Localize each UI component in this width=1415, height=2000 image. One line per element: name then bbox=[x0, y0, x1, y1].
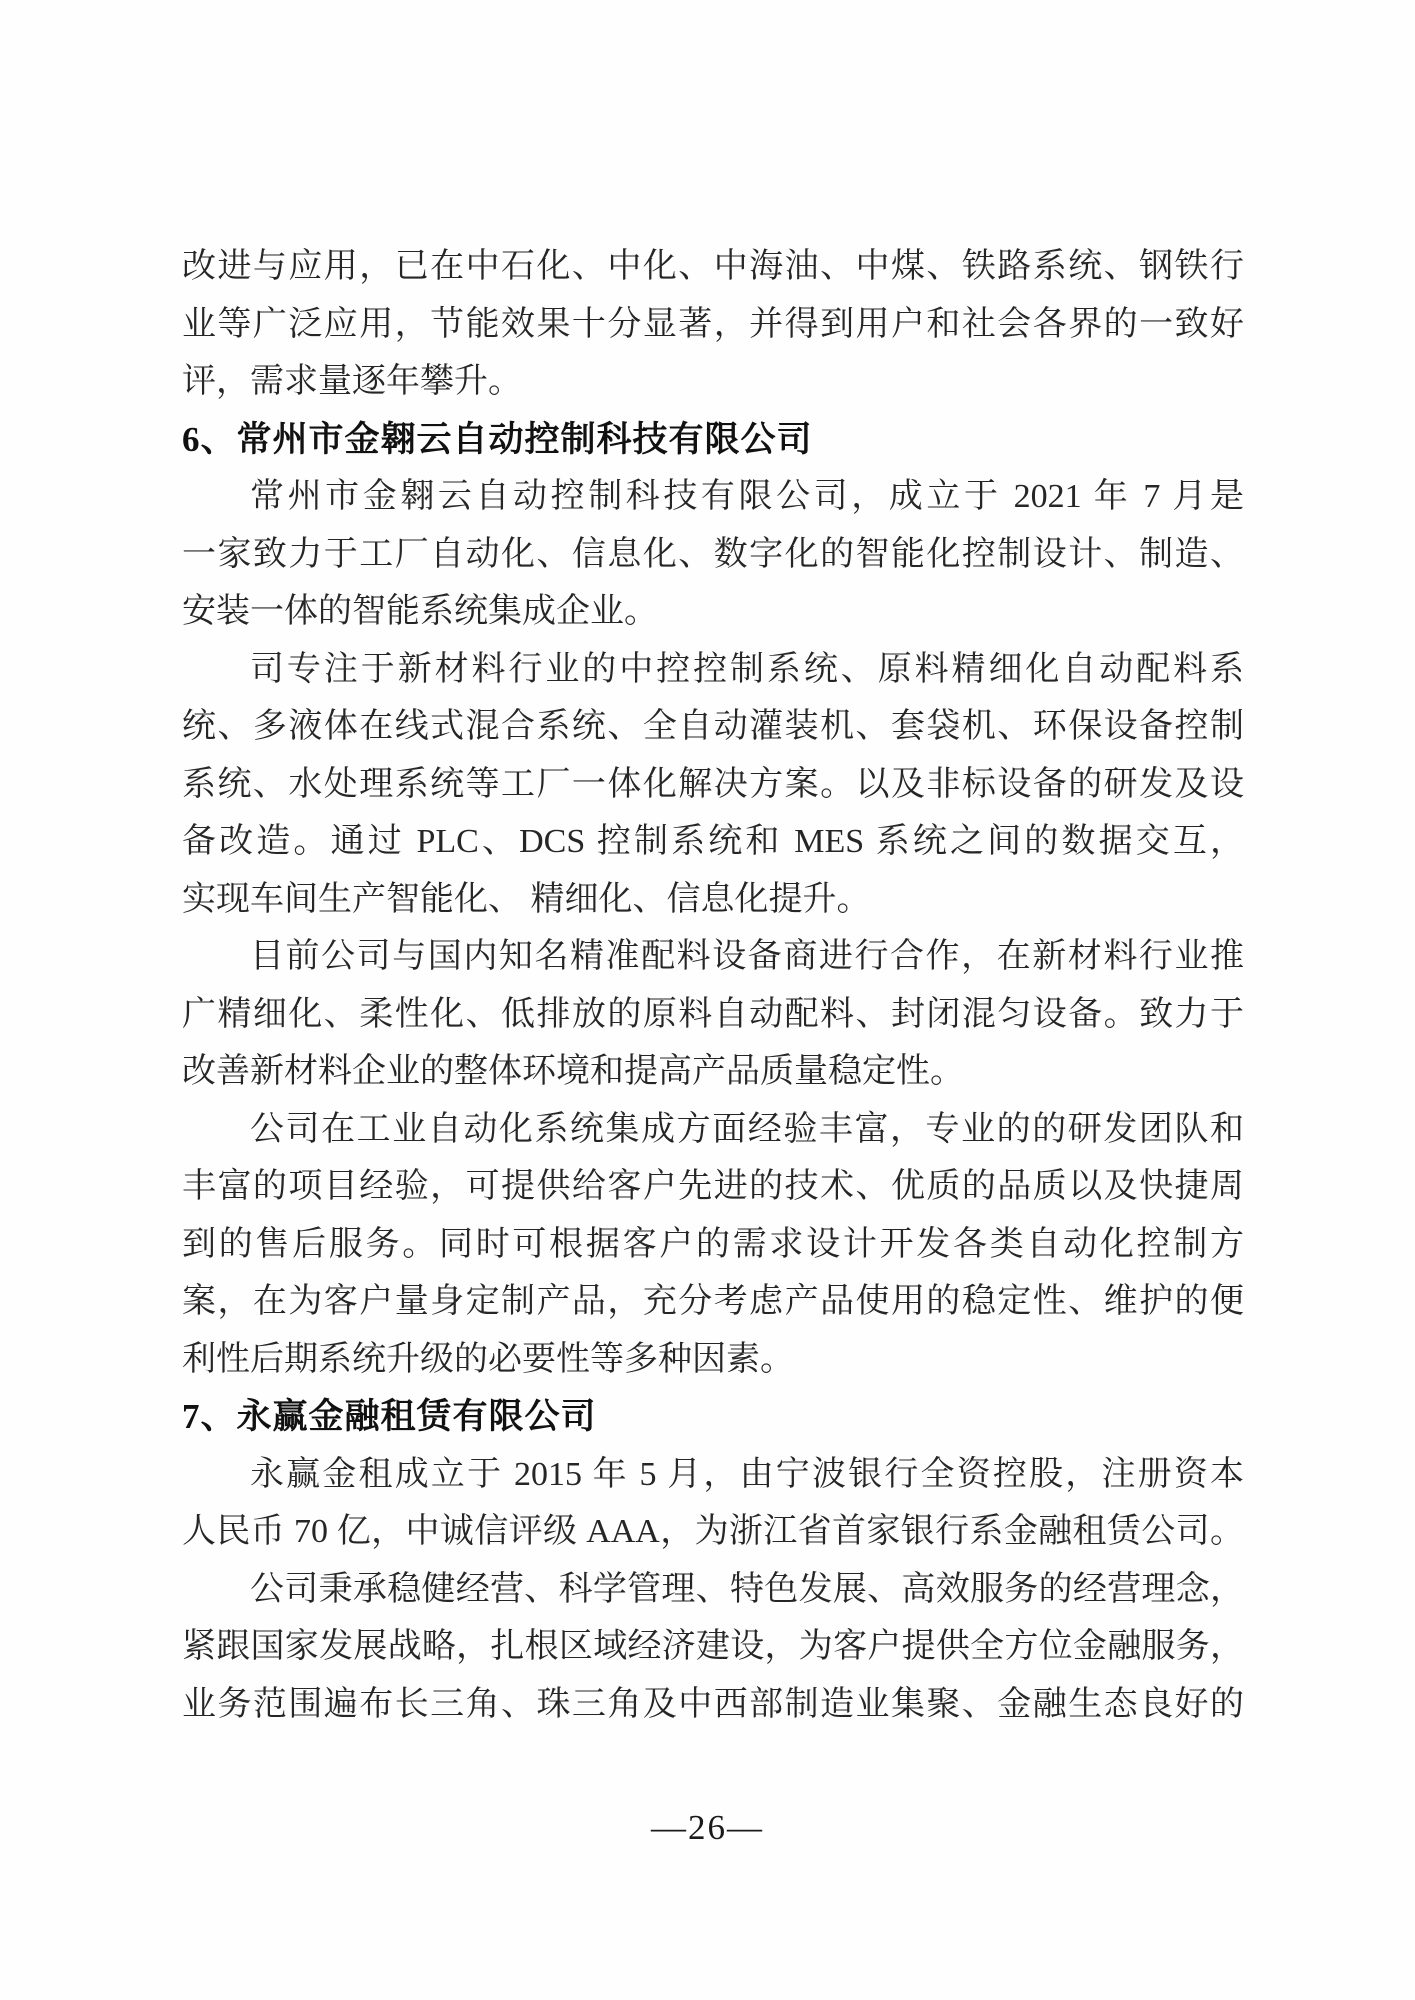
text-line: 系统、水处理系统等工厂一体化解决方案。以及非标设备的研发及设 bbox=[182, 756, 1244, 814]
text-line: 业等广泛应用，节能效果十分显著，并得到用户和社会各界的一致好 bbox=[182, 296, 1244, 354]
text-line: 公司秉承稳健经营、科学管理、特色发展、高效服务的经营理念， bbox=[182, 1561, 1244, 1619]
text-line: 评，需求量逐年攀升。 bbox=[182, 353, 1244, 411]
text-line: 紧跟国家发展战略，扎根区域经济建设，为客户提供全方位金融服务， bbox=[182, 1618, 1244, 1676]
paragraph: 改进与应用，已在中石化、中化、中海油、中煤、铁路系统、钢铁行业等广泛应用，节能效… bbox=[182, 238, 1244, 411]
text-line: 一家致力于工厂自动化、信息化、数字化的智能化控制设计、制造、 bbox=[182, 526, 1244, 584]
text-line: 常州市金翱云自动控制科技有限公司，成立于 2021 年 7 月是 bbox=[182, 468, 1244, 526]
text-line: 人民币 70 亿，中诚信评级 AAA，为浙江省首家银行系金融租赁公司。 bbox=[182, 1503, 1244, 1561]
paragraph: 公司秉承稳健经营、科学管理、特色发展、高效服务的经营理念，紧跟国家发展战略，扎根… bbox=[182, 1561, 1244, 1734]
text-line: 备改造。通过 PLC、DCS 控制系统和 MES 系统之间的数据交互， bbox=[182, 813, 1244, 871]
page-number: —26— bbox=[0, 1799, 1415, 1857]
text-line: 公司在工业自动化系统集成方面经验丰富，专业的的研发团队和 bbox=[182, 1101, 1244, 1159]
paragraph: 目前公司与国内知名精准配料设备商进行合作，在新材料行业推广精细化、柔性化、低排放… bbox=[182, 928, 1244, 1101]
text-line: 实现车间生产智能化、 精细化、信息化提升。 bbox=[182, 871, 1244, 929]
text-line: 改进与应用，已在中石化、中化、中海油、中煤、铁路系统、钢铁行 bbox=[182, 238, 1244, 296]
document-body: 改进与应用，已在中石化、中化、中海油、中煤、铁路系统、钢铁行业等广泛应用，节能效… bbox=[182, 238, 1244, 1733]
text-line: 司专注于新材料行业的中控控制系统、原料精细化自动配料系 bbox=[182, 641, 1244, 699]
text-line: 安装一体的智能系统集成企业。 bbox=[182, 583, 1244, 641]
paragraph: 公司在工业自动化系统集成方面经验丰富，专业的的研发团队和丰富的项目经验，可提供给… bbox=[182, 1101, 1244, 1389]
text-line: 永赢金租成立于 2015 年 5 月，由宁波银行全资控股，注册资本 bbox=[182, 1446, 1244, 1504]
document-page: 改进与应用，已在中石化、中化、中海油、中煤、铁路系统、钢铁行业等广泛应用，节能效… bbox=[0, 0, 1415, 2000]
paragraph: 司专注于新材料行业的中控控制系统、原料精细化自动配料系统、多液体在线式混合系统、… bbox=[182, 641, 1244, 929]
text-line: 目前公司与国内知名精准配料设备商进行合作，在新材料行业推 bbox=[182, 928, 1244, 986]
text-line: 改善新材料企业的整体环境和提高产品质量稳定性。 bbox=[182, 1043, 1244, 1101]
section-heading: 6、常州市金翱云自动控制科技有限公司 bbox=[182, 411, 1244, 469]
text-line: 到的售后服务。同时可根据客户的需求设计开发各类自动化控制方 bbox=[182, 1216, 1244, 1274]
text-line: 业务范围遍布长三角、珠三角及中西部制造业集聚、金融生态良好的 bbox=[182, 1676, 1244, 1734]
text-line: 利性后期系统升级的必要性等多种因素。 bbox=[182, 1331, 1244, 1389]
section-heading: 7、永赢金融租赁有限公司 bbox=[182, 1388, 1244, 1446]
paragraph: 永赢金租成立于 2015 年 5 月，由宁波银行全资控股，注册资本人民币 70 … bbox=[182, 1446, 1244, 1561]
paragraph: 常州市金翱云自动控制科技有限公司，成立于 2021 年 7 月是一家致力于工厂自… bbox=[182, 468, 1244, 641]
text-line: 统、多液体在线式混合系统、全自动灌装机、套袋机、环保设备控制 bbox=[182, 698, 1244, 756]
text-line: 广精细化、柔性化、低排放的原料自动配料、封闭混匀设备。致力于 bbox=[182, 986, 1244, 1044]
text-line: 案，在为客户量身定制产品，充分考虑产品使用的稳定性、维护的便 bbox=[182, 1273, 1244, 1331]
text-line: 丰富的项目经验，可提供给客户先进的技术、优质的品质以及快捷周 bbox=[182, 1158, 1244, 1216]
